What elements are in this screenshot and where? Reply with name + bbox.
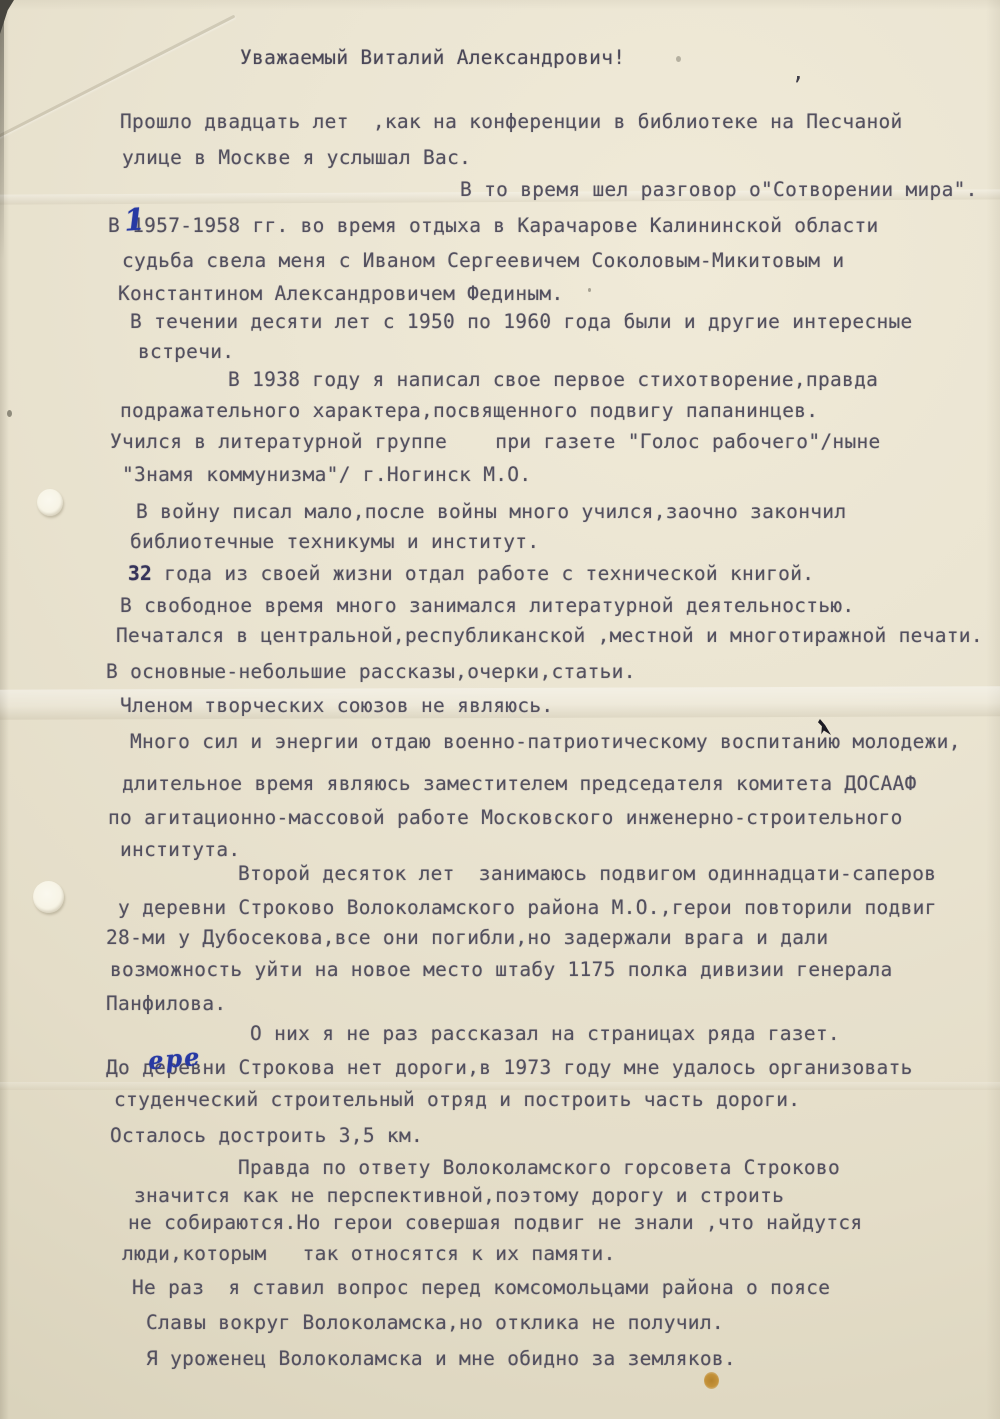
hole-punch-top	[37, 489, 63, 516]
stray-apostrophe-mark: ’	[791, 74, 804, 99]
paper-edge-shadow	[0, 0, 4, 260]
overstruck-text: 32	[128, 562, 152, 585]
letter-line: Константином Александровичем Фединым.	[118, 282, 563, 305]
letter-line: значится как не перспективной,поэтому до…	[134, 1184, 784, 1207]
letter-line: 32 года из своей жизни отдал работе с те…	[128, 562, 814, 585]
letter-line: О них я не раз рассказал на страницах ря…	[250, 1022, 840, 1045]
letter-line: Я уроженец Волоколамска и мне обидно за …	[146, 1347, 736, 1370]
letter-line: В то время шел разговор о"Сотворении мир…	[460, 178, 978, 201]
letter-line: Второй десяток лет занимаюсь подвигом од…	[238, 862, 936, 885]
letter-line: возможность уйти на новое место штабу 11…	[110, 958, 893, 981]
letter-line: улице в Москве я услышал Вас.	[122, 146, 471, 169]
letter-line: Славы вокруг Волоколамска,но отклика не …	[146, 1311, 724, 1334]
handwritten-year-correction: 1	[123, 202, 146, 238]
letter-line: встречи.	[138, 340, 234, 363]
letter-line: по агитационно-массовой работе Московско…	[108, 806, 903, 829]
letter-line: Не раз я ставил вопрос перед комсомольца…	[132, 1276, 830, 1299]
letter-line: Учился в литературной группе при газете …	[110, 430, 881, 453]
letter-line: люди,которым так относятся к их памяти.	[122, 1242, 616, 1265]
letter-page: Уважаемый Виталий Александрович! Прошло …	[0, 0, 1000, 1419]
letter-line: В свободное время много занимался литера…	[120, 594, 854, 617]
letter-line: В основные-небольшие рассказы,очерки,ста…	[106, 660, 636, 683]
letter-line: не собираются.Но герои совершая подвиг н…	[128, 1211, 862, 1234]
letter-line: В 1938 году я написал свое первое стихот…	[228, 368, 878, 391]
letter-line: института.	[120, 838, 240, 861]
letter-line: Печатался в центральной,республиканской …	[116, 624, 983, 647]
letter-line: До деревни Строкова нет дороги,в 1973 го…	[106, 1056, 913, 1079]
letter-line: у деревни Строково Волоколамского района…	[118, 896, 937, 919]
letter-line: Прошло двадцать лет ,как на конференции …	[120, 110, 903, 133]
letter-line: длительное время являюсь заместителем пр…	[122, 772, 917, 795]
paper-speck	[7, 410, 12, 417]
letter-line: судьба свела меня с Иваном Сергеевичем С…	[122, 249, 844, 272]
letter-line: "Знамя коммунизма"/ г.Ногинск М.О.	[122, 463, 531, 486]
letter-line: В 1957-1958 гг. во время отдыха в Карача…	[108, 214, 879, 237]
letter-line: Членом творческих союзов не являюсь.	[120, 694, 553, 717]
letter-line: студенческий строительный отряд и постро…	[114, 1088, 800, 1111]
hole-punch-bottom	[33, 881, 64, 913]
letter-line: 28-ми у Дубосекова,все они погибли,но за…	[106, 926, 828, 949]
greeting-line: Уважаемый Виталий Александрович!	[240, 46, 625, 69]
letter-line: Осталось достроить 3,5 км.	[110, 1124, 423, 1147]
stain-spot	[704, 1372, 719, 1389]
letter-line: Правда по ответу Волоколамского горсовет…	[238, 1156, 840, 1179]
paper-speck	[676, 56, 681, 62]
paper-speck	[588, 288, 591, 292]
letter-line: Панфилова.	[106, 992, 226, 1015]
letter-line: библиотечные техникумы и институт.	[130, 530, 539, 553]
letter-line: Много сил и энергии отдаю военно-патриот…	[130, 730, 961, 753]
letter-line: В течении десяти лет с 1950 по 1960 года…	[130, 310, 913, 333]
handwritten-word-correction: ере	[147, 1042, 203, 1076]
letter-line: В войну писал мало,после войны много учи…	[136, 500, 846, 523]
letter-line: подражательного характера,посвященного п…	[120, 399, 818, 422]
